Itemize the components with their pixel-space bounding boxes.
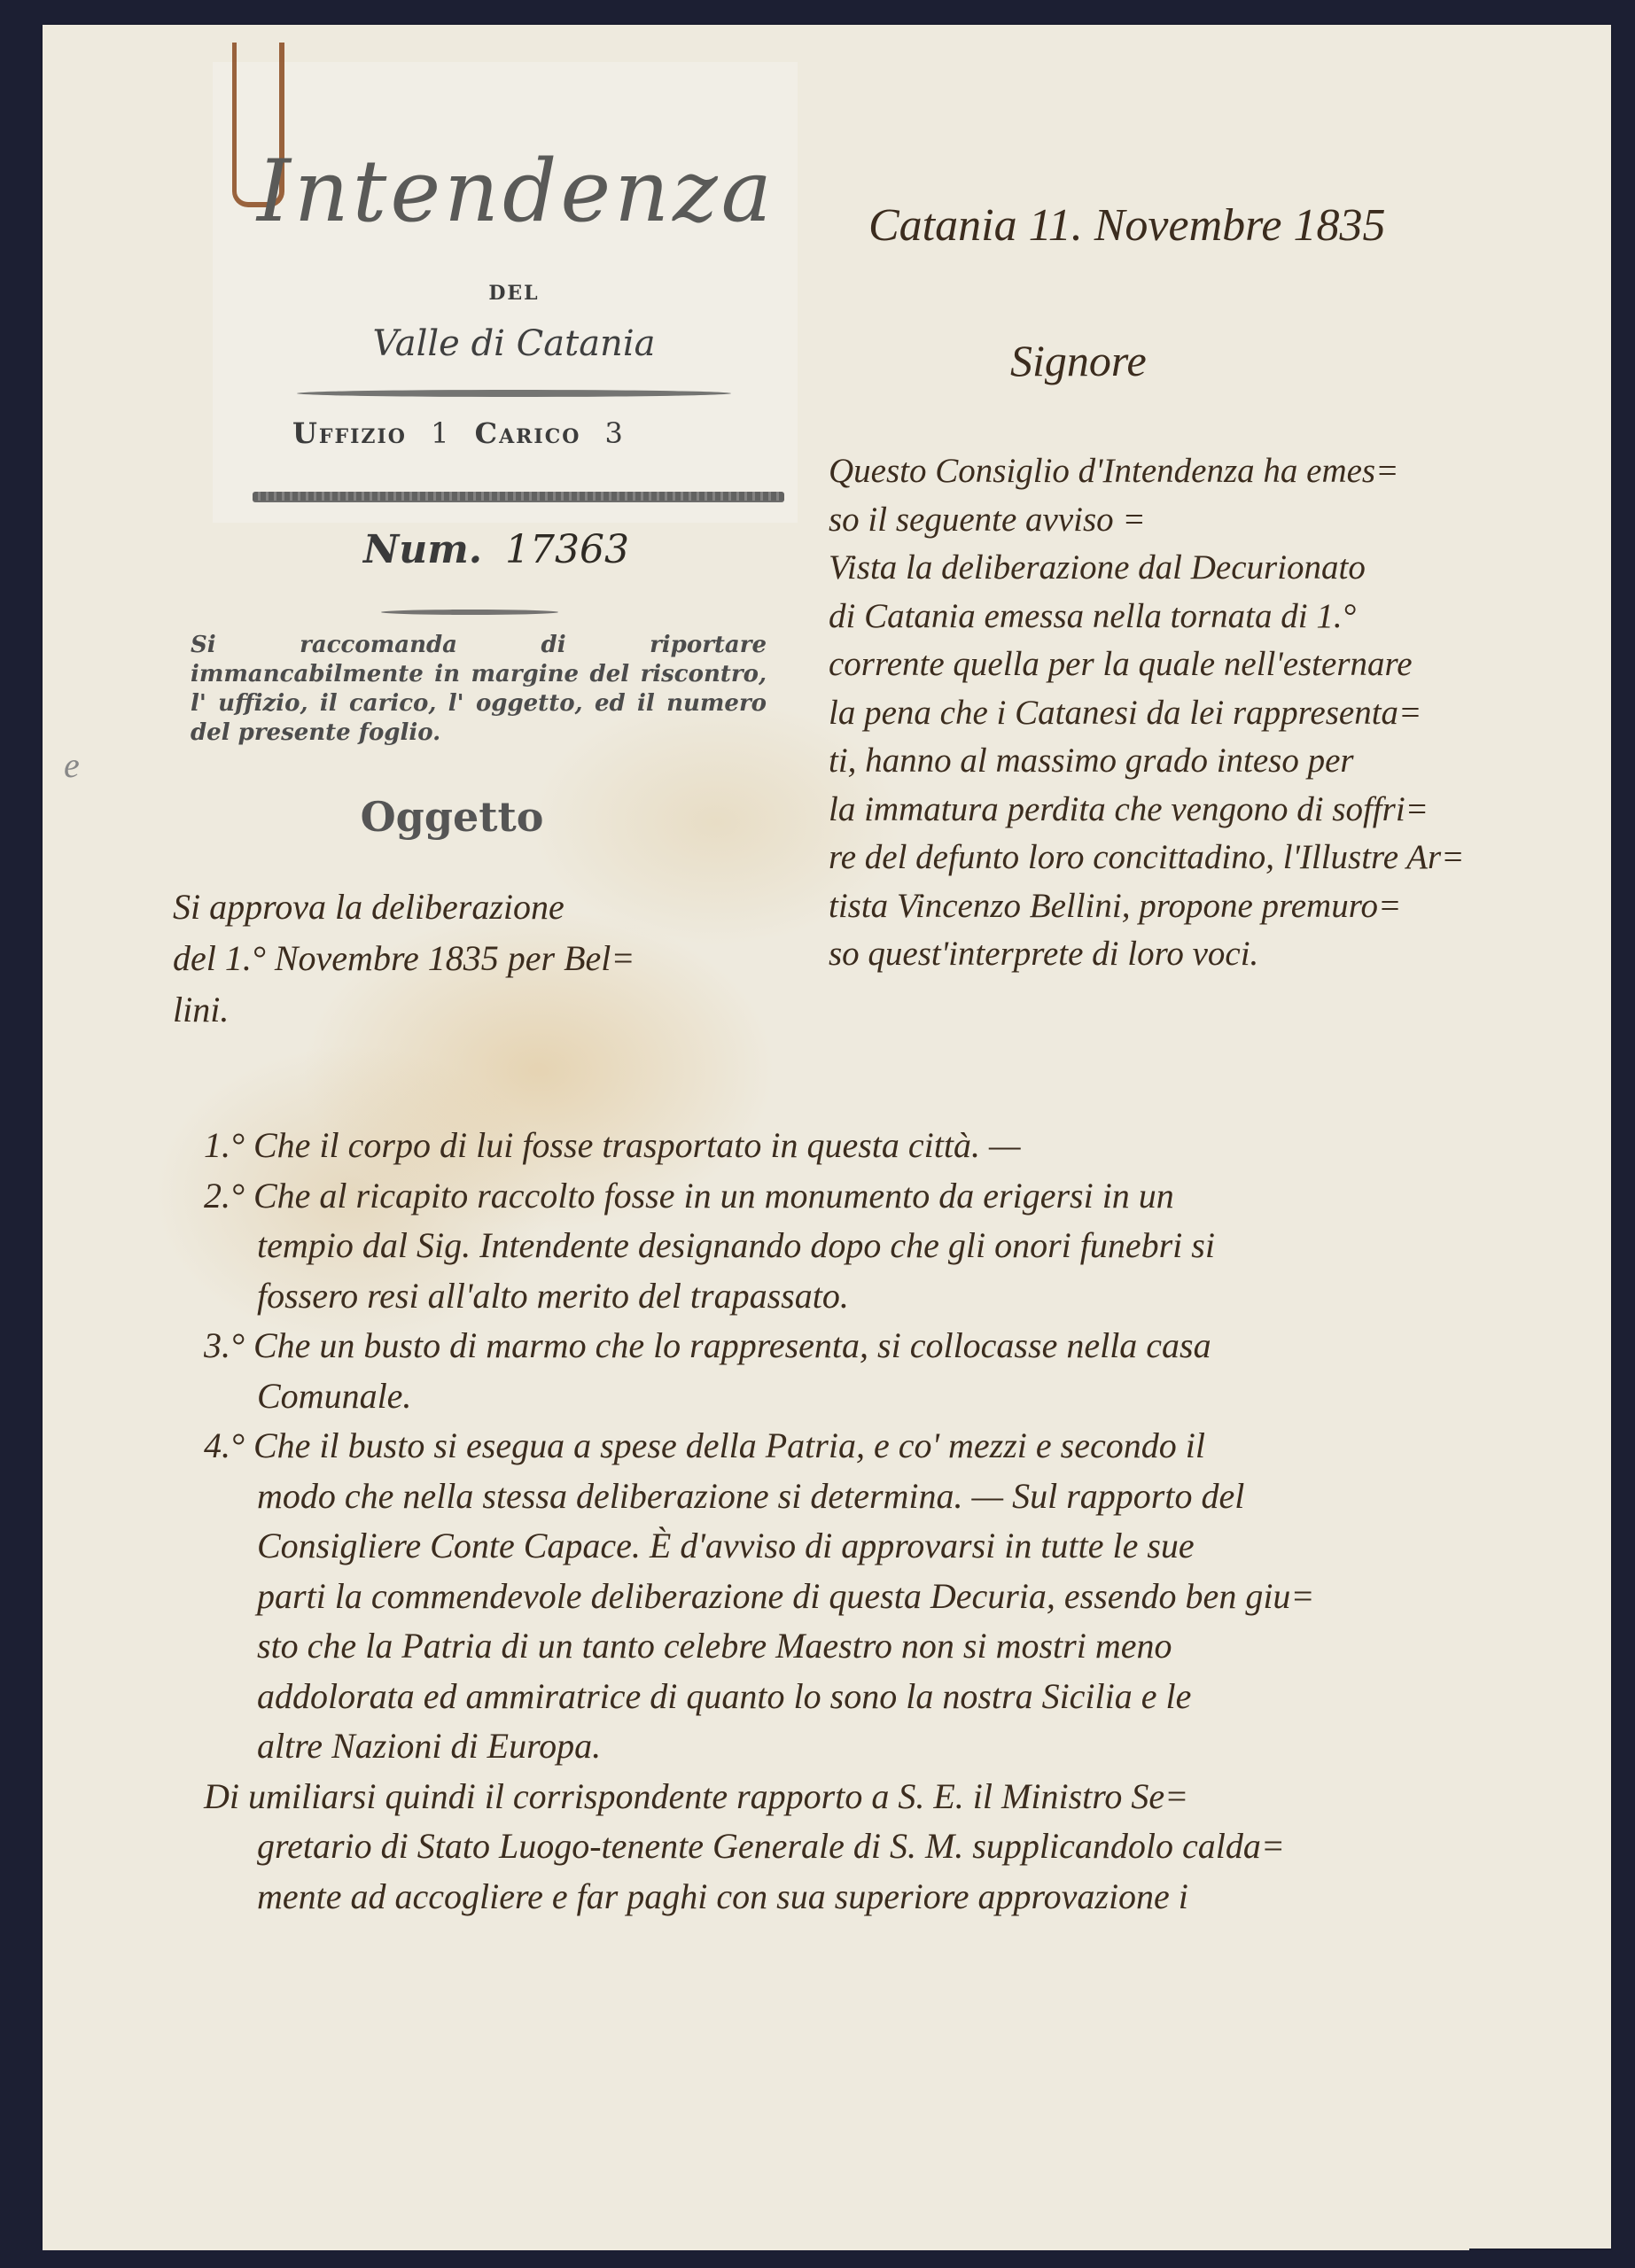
carico-value: 3 [605, 416, 625, 450]
subject-line: Si approva la deliberazione [173, 882, 635, 933]
protocol-number-label: Num. [363, 527, 482, 572]
body-line: so quest'interprete di loro voci. [829, 930, 1464, 979]
subject-text: Si approva la deliberazione del 1.° Nove… [173, 882, 635, 1036]
letterhead-title: Intendenza [257, 142, 753, 241]
carico-label: Carico [475, 416, 581, 450]
body-line: 3.° Che un busto di marmo che lo rappres… [204, 1321, 1314, 1371]
letterhead-del: DEL [222, 282, 806, 305]
body-line: Questo Consiglio d'Intendenza ha emes= [829, 447, 1464, 496]
uffizio-value: 1 [431, 416, 450, 450]
body-line: la immatura perdita che vengono di soffr… [829, 786, 1464, 835]
subject-heading: Oggetto [319, 793, 585, 841]
body-line: Di umiliarsi quindi il corrispondente ra… [204, 1772, 1314, 1822]
body-line: altre Nazioni di Europa. [204, 1721, 1314, 1772]
instruction-note: Si raccomanda di riportare immancabilmen… [191, 631, 767, 748]
body-line: Comunale. [204, 1371, 1314, 1422]
body-line: 4.° Che il busto si esegua a spese della… [204, 1421, 1314, 1472]
office-reference: Uffizio 1 Carico 3 [292, 416, 736, 450]
subject-line: del 1.° Novembre 1835 per Bel= [173, 933, 635, 984]
margin-mark: e [64, 744, 80, 786]
body-line: 2.° Che al ricapito raccolto fosse in un… [204, 1171, 1314, 1222]
salutation: Signore [1010, 335, 1147, 386]
letterhead-rule [253, 492, 784, 502]
body-line: parti la commendevole deliberazione di q… [204, 1572, 1314, 1622]
body-line: addolorata ed ammiratrice di quanto lo s… [204, 1672, 1314, 1722]
body-line: sto che la Patria di un tanto celebre Ma… [204, 1621, 1314, 1672]
body-line: di Catania emessa nella tornata di 1.° [829, 593, 1464, 641]
body-line: mente ad accogliere e far paghi con sua … [204, 1872, 1314, 1922]
protocol-number-value: 17363 [505, 527, 629, 572]
body-line: so il seguente avviso = [829, 496, 1464, 545]
body-line: ti, hanno al massimo grado inteso per [829, 737, 1464, 786]
letterhead-jurisdiction: Valle di Catania [222, 323, 806, 364]
subject-line: lini. [173, 984, 635, 1036]
place-date: Catania 11. Novembre 1835 [868, 199, 1386, 252]
body-line: re del defunto loro concittadino, l'Illu… [829, 834, 1464, 882]
ornament-swash-icon [381, 610, 558, 615]
body-line: modo che nella stessa deliberazione si d… [204, 1472, 1314, 1522]
body-line: tista Vincenzo Bellini, propone premuro= [829, 882, 1464, 931]
ornament-swash-icon [297, 390, 731, 397]
uffizio-label: Uffizio [292, 416, 407, 450]
letter-body-main: 1.° Che il corpo di lui fosse trasportat… [204, 1121, 1314, 1922]
body-line: gretario di Stato Luogo-tenente Generale… [204, 1821, 1314, 1872]
letter-body-intro: Questo Consiglio d'Intendenza ha emes= s… [829, 447, 1464, 979]
page-bottom-edge [43, 2215, 1469, 2250]
body-line: Consigliere Conte Capace. È d'avviso di … [204, 1521, 1314, 1572]
body-line: la pena che i Catanesi da lei rappresent… [829, 689, 1464, 738]
body-line: fossero resi all'alto merito del trapass… [204, 1271, 1314, 1322]
body-line: corrente quella per la quale nell'estern… [829, 641, 1464, 689]
body-line: 1.° Che il corpo di lui fosse trasportat… [204, 1121, 1314, 1171]
body-line: Vista la deliberazione dal Decurionato [829, 544, 1464, 593]
body-line: tempio dal Sig. Intendente designando do… [204, 1221, 1314, 1271]
